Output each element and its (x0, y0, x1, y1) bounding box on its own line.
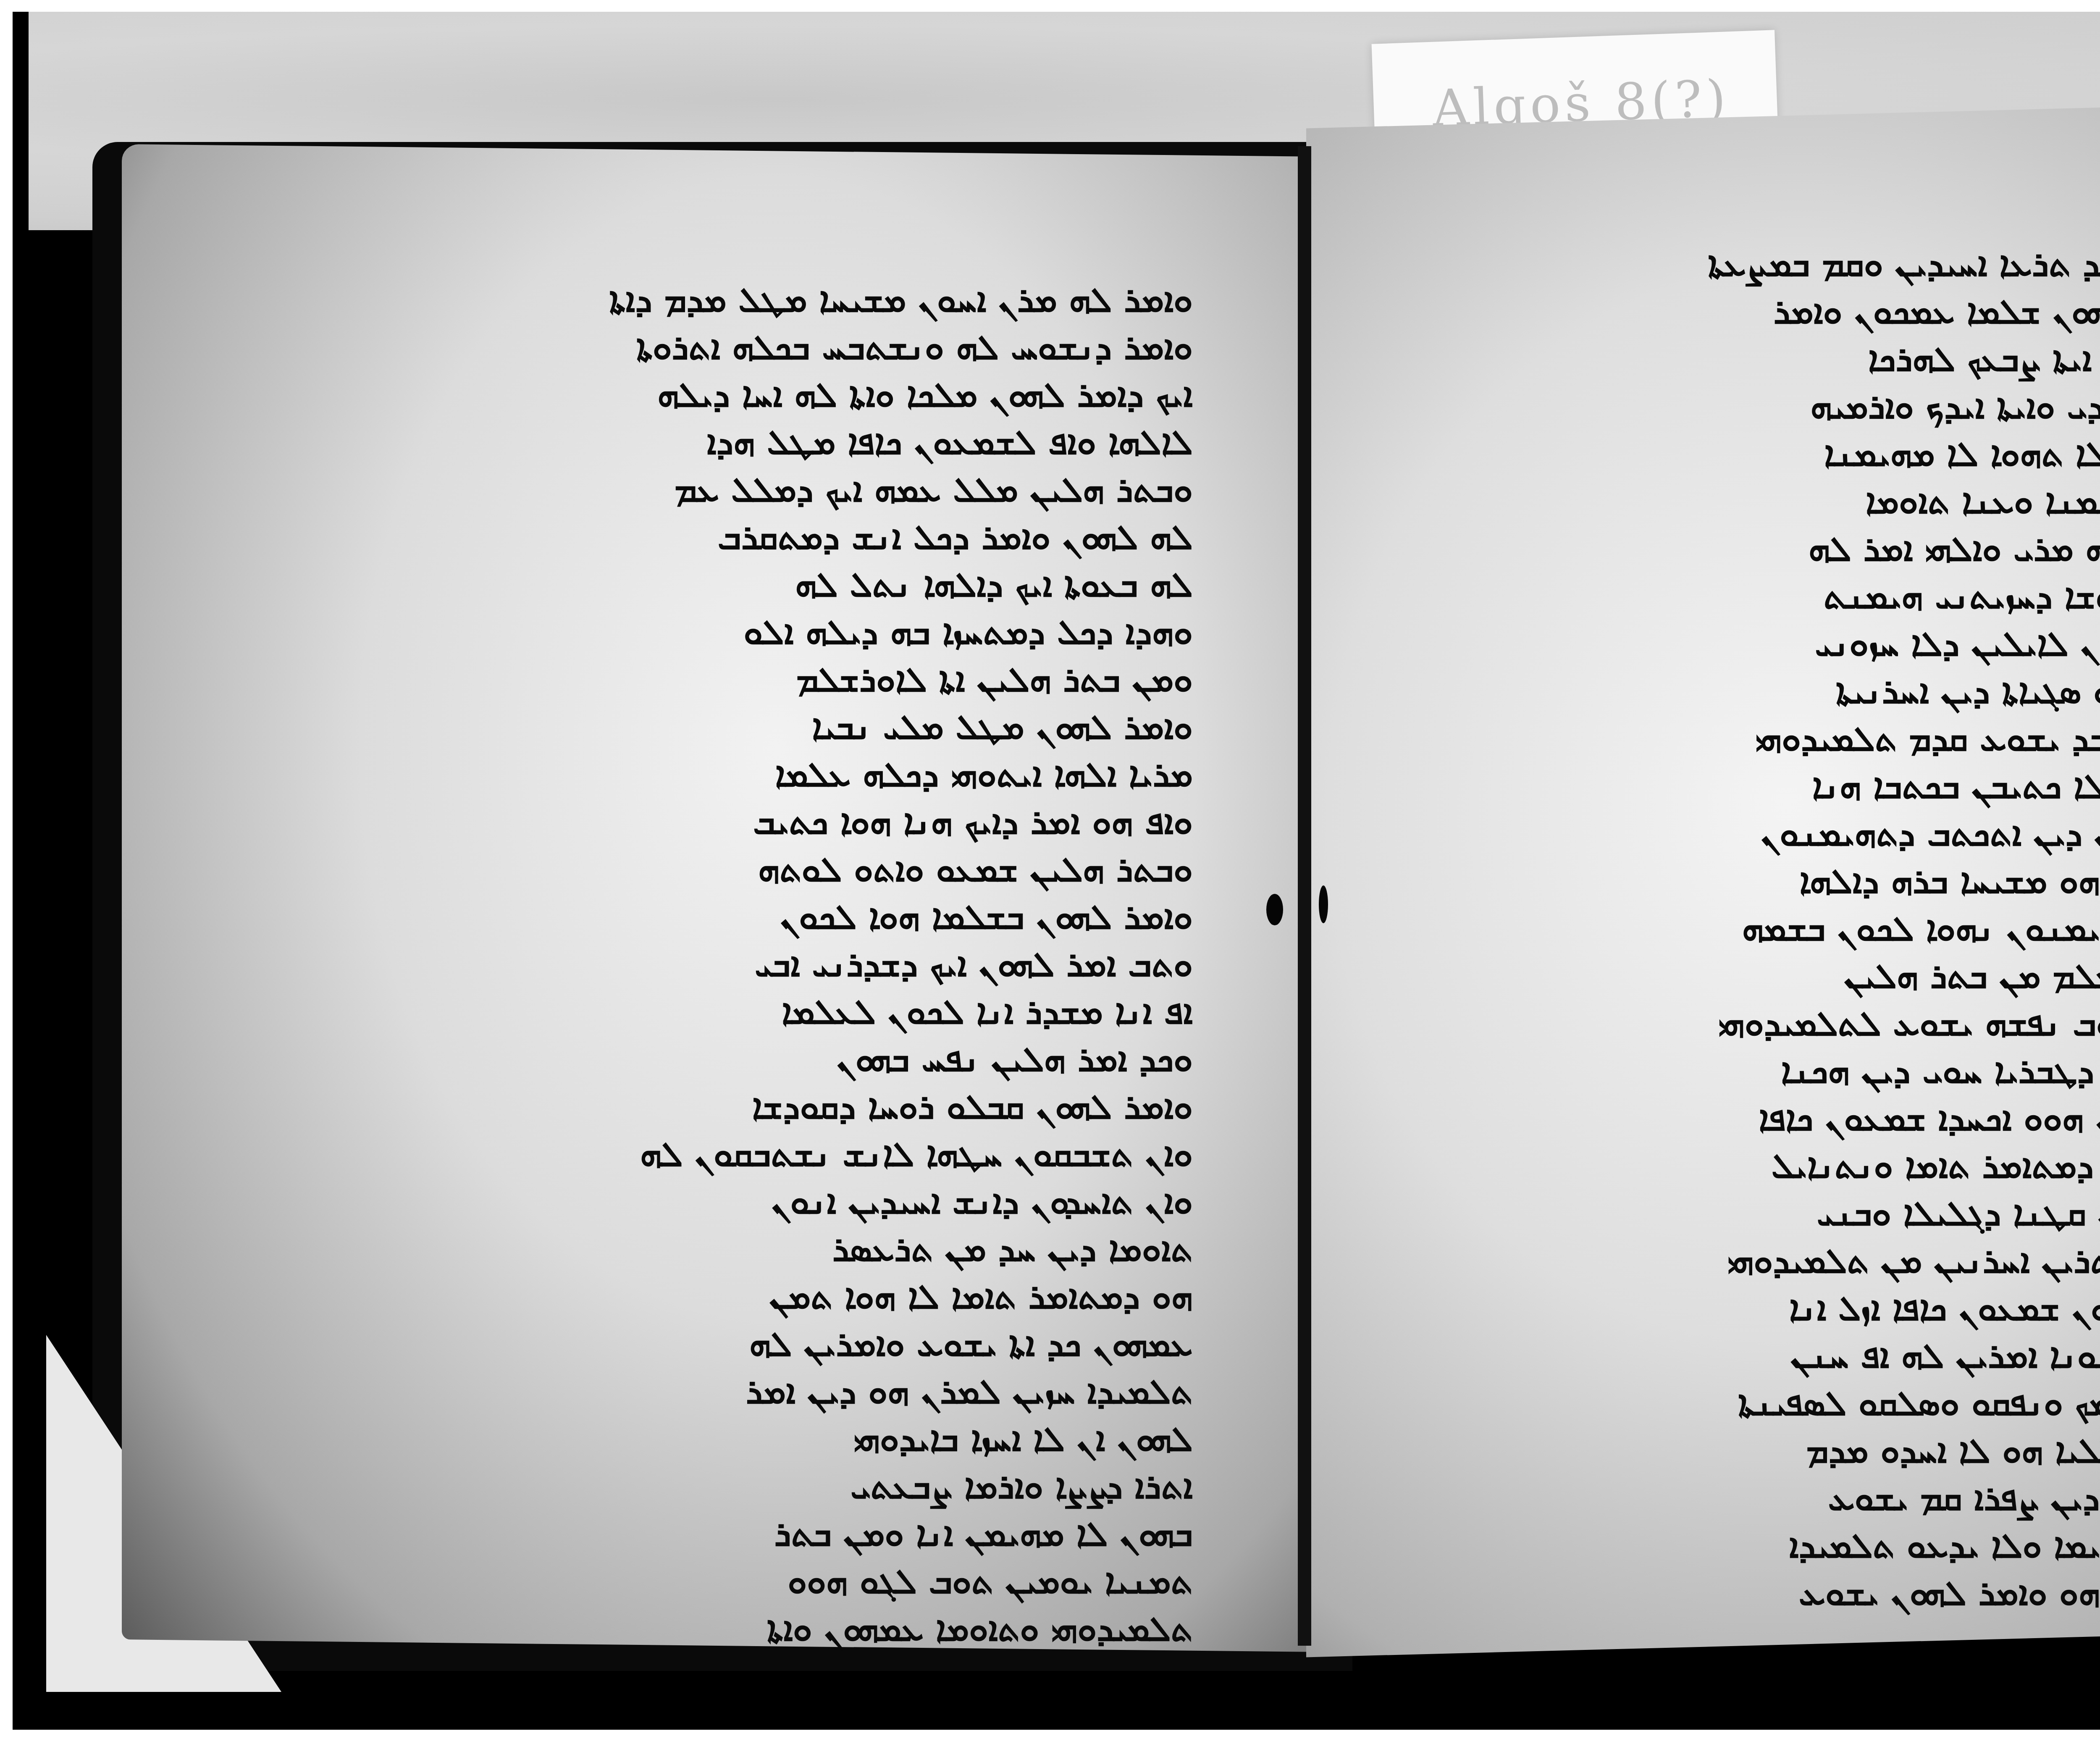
text-line: ܘܐܢ ܬܐܚܕܘܢ ܕܐܢܫ ܐܚܝܕܝܢ ܐܢܘܢ (424, 1178, 1193, 1226)
text-line: ܠܗ ܒܥܘܬܐ ܐܝܟ ܕܐܠܗܐ ܢܬܠ ܠܗ (424, 561, 1193, 609)
ink-blot (1319, 885, 1328, 923)
text-line: ܘܒܗ ܒܠܠܝܐ ܗܘ ܠܐ ܐܚܕܘ ܡܕܡ (1432, 1427, 2100, 1475)
text-line: ܘܗܕܐ ܕܟܠ ܕܡܬܚܙܐ ܒܗ ܕܝܠܗ ܐܠܘ (424, 609, 1193, 656)
text-line: ܝܫܘܥ ܗܫܐ ܕܚܙܝܬܢܝ ܗܝܡܢܬ (1432, 573, 2100, 620)
text-line: ܚܘܝ ܬܘܒ ܢܦܫܗ ܝܫܘܥ ܠܬܠܡܝܕܘܗܝ (1432, 1000, 2100, 1048)
text-line: ܘܬܒ ܐܡܪ ܠܗܘܢ ܐܝܟ ܕܫܕܪܢܝ ܐܒܝ (424, 941, 1193, 988)
text-line: ܘܡܢ ܒܬܪ ܗܠܝܢ ܐܬܐ ܠܐܘܪܫܠܡ (424, 656, 1193, 704)
text-line: ܙܒܕܝ ܘܬܪܝܢ ܐܚܪܢܝܢ ܡܢ ܬܠܡܝܕܘܗܝ (1432, 1237, 2100, 1285)
text-line: ܥܠ ܐܝܕ ܝܡܐ ܘܠܐ ܝܕܥܘ ܬܠܡܝܕܐ (1432, 1522, 2100, 1570)
text-line: ܗܘ ܕܡܢ ܩܛܢܐ ܕܓܠܝܠܐ ܘܒܢܝ (1432, 1190, 2100, 1237)
text-line: ܐܬܘܬܐ ܥܒܕ ܝܫܘܥ ܩܕܡ ܬܠܡܝܕܘܗܝ (1432, 715, 2100, 763)
text-line: ܘܐܡܪ ܠܗ ܡܪܢ ܐܚܘܢ ܡܫܝܚܐ ܡܛܠ ܡܕܡ ܕܐܬܐ (424, 276, 1193, 324)
text-line: ܠܗ ܠܗܘܢ ܘܐܡܪ ܕܟܠ ܐܢܫ ܕܡܬܩܪܒ (424, 514, 1193, 561)
text-line: ܠܬܐܘܡܐ ܐܝܬܐ ܨܒܥܟ ܠܗܪܟܐ (1432, 336, 2100, 383)
text-line: ܛܘܒܝܗܘܢ ܠܐܝܠܝܢ ܕܠܐ ܚܙܘܢܝ (1432, 620, 2100, 668)
text-line: ܘܐܡܪ ܠܗܘܢ ܡܛܠ ܡܠܝ ܢܒܝܐ (424, 704, 1193, 751)
text-line: ܠܡܨܕ ܢܘܢܐ ܐܡܪܝܢ ܠܗ ܐܦ ܚܢܢ (1432, 1332, 2100, 1380)
text-line: ܘܬܐܘܡܐ ܕܡܬܐܡܪ ܬܐܡܐ ܘܢܬܢܐܝܠ (1432, 1143, 2100, 1190)
text-line: ܗܘ ܕܡܬܐܡܪ ܬܐܡܐ ܠܐ ܗܘܐ ܬܡܢ (424, 1273, 1193, 1321)
text-line: ܘܚܙܝ ܐܝܕܝ ܘܐܝܬܐ ܐܝܕܟ ܘܐܪܡܝܗ (1432, 383, 2100, 431)
left-page-text: ܘܐܡܪ ܠܗ ܡܪܢ ܐܚܘܢ ܡܫܝܚܐ ܡܛܠ ܡܕܡ ܕܐܬܐ ܘܐܡܪ… (424, 276, 1193, 1653)
text-line: ܐܝܬܝܗܘܢ ܗܘܘ ܐܟܚܕܐ ܫܡܥܘܢ ܟܐܦܐ (1432, 1095, 2100, 1143)
text-line: ܬܠܡܝܕܐ ܚܙܝܢ ܠܡܪܢ ܗܘ ܕܝܢ ܐܡܪ (424, 1368, 1193, 1416)
text-line: ܕܝܫܘܥ ܗܘ ܡܫܝܚܐ ܒܪܗ ܕܐܠܗܐ (1432, 858, 2100, 905)
text-line: ܐܬܝܢ ܥܡܟ ܘܢܦܩܘ ܘܣܠܩܘ ܠܣܦܝܢܬܐ (1432, 1380, 2100, 1427)
text-line: ܟܕ ܗܘܐ ܕܝܢ ܨܦܪܐ ܩܡ ܝܫܘܥ (1432, 1475, 2100, 1522)
text-line: ܘܒܬܪ ܗܠܝܢ ܡܠܠ ܥܡܗ ܐܝܟ ܕܡܠܠ ܥܡ (424, 466, 1193, 514)
text-line: ܘܟܕ ܬܗܝܡܢܘܢ ܢܗܘܐ ܠܟܘܢ ܒܫܡܗ (1432, 905, 2100, 953)
right-page-text: ܝܫܘܥ ܟܕ ܬܪܥܐ ܐܚܝܕܝܢ ܘܩܡ ܒܡܨܥܬܐ ܘܐܡܪ ܠܗܘܢ… (1432, 241, 2100, 1617)
text-line: ܘܐܦ ܗܘ ܐܡܪ ܕܐܝܟ ܗܢܐ ܗܘܐ ܟܬܝܒ (424, 798, 1193, 846)
spine-gutter (1298, 146, 1311, 1646)
text-line: ܘܟܕ ܐܡܪ ܗܠܝܢ ܢܦܚ ܒܗܘܢ (424, 1036, 1193, 1083)
text-line: ܥܠ ܝܡܐ ܕܛܒܪܝܐ ܚܘܝ ܕܝܢ ܗܟܢܐ (1432, 1048, 2100, 1095)
text-line: ܠܗܘܢ ܐܢ ܠܐ ܐܚܙܐ ܒܐܝܕܘܗܝ (424, 1416, 1193, 1463)
text-line: ܚܝܐ ܕܠܥܠܡ ܡܢ ܒܬܪ ܗܠܝܢ (1432, 953, 2100, 1000)
text-line: ܐܝܠܝܢ ܕܠܐ ܟܬܝܒܢ ܒܟܬܒܐ ܗܢܐ (1432, 763, 2100, 810)
ink-blot (1266, 894, 1283, 925)
text-line: ܘܐܡܪ ܠܗܘܢ ܒܫܠܡܐ ܗܘܐ ܠܟܘܢ (424, 893, 1193, 941)
text-line: ܘܐܢ ܬܫܒܩܘܢ ܚܛܗܐ ܠܐܢܫ ܢܫܬܒܩܘܢ ܠܗ (424, 1131, 1193, 1178)
text-line: ܘܗܝܡܢܘ ܣܓܝܐܬܐ ܕܝܢ ܐܚܪܢܝܬܐ (1432, 668, 2100, 715)
text-line: ܐܦ ܐܢܐ ܡܫܕܪ ܐܢܐ ܠܟܘܢ ܠܥܠܡܐ (424, 988, 1193, 1036)
text-line: ܐܦ ܗܠܝܢ ܕܝܢ ܐܬܟܬܒ ܕܬܗܝܡܢܘܢ (1432, 810, 2100, 858)
text-line: ܕܝܫܘܥ ܗܘ ܘܐܡܪ ܠܗܘܢ ܝܫܘܥ (1432, 1570, 2100, 1617)
text-line: ܒܗܘܢ ܠܐ ܡܗܝܡܢ ܐܢܐ ܘܡܢ ܒܬܪ (424, 1510, 1193, 1558)
text-line: ܡܪܝܐ ܐܠܗܐ ܐܝܬܘܗܝ ܕܟܠܗ ܥܠܡܐ (424, 751, 1193, 798)
text-line: ܐܡܪ ܠܗܘܢ ܫܡܥܘܢ ܟܐܦܐ ܐܙܠ ܐܢܐ (1432, 1285, 2100, 1332)
text-line: ܘܐܡܪ ܕܢܫܘܚ ܠܗ ܘܢܫܬܒܚ ܒܟܠܗ ܐܬܪܘܬܐ (424, 324, 1193, 371)
text-line: ܒܓܒܝ ܘܠܐ ܬܗܘܐ ܠܐ ܡܗܝܡܢܐ (1432, 431, 2100, 478)
text-line: ܥܡܗܘܢ ܟܕ ܐܬܐ ܝܫܘܥ ܘܐܡܪܝܢ ܠܗ (424, 1321, 1193, 1368)
text-line: ܐܠܐ ܡܗܝܡܢܐ ܘܥܢܐ ܬܐܘܡܐ (1432, 478, 2100, 525)
text-line: ܝܫܘܥ ܟܕ ܬܪܥܐ ܐܚܝܕܝܢ ܘܩܡ ܒܡܨܥܬܐ (1432, 241, 2100, 288)
photo-frame: Alqoš 8(?) ܘܐܡܪ ܠܗ ܡܪܢ ܐܚܘܢ ܡܫܝܚܐ ܡܛܠ ܡܕ… (13, 12, 2100, 1730)
text-line: ܬܡܢܝܐ ܝܘܡܝܢ ܬܘܒ ܠܓܘ ܗܘܘ (424, 1558, 1193, 1605)
text-line: ܘܒܬܪ ܗܠܝܢ ܫܡܥܘ ܘܐܬܘ ܠܘܬܗ (424, 846, 1193, 893)
text-line: ܬܠܡܝܕܘܗܝ ܘܬܐܘܡܐ ܥܡܗܘܢ ܘܐܬܐ (424, 1605, 1193, 1653)
text-line: ܘܐܡܪ ܠܗ ܡܪܝ ܘܐܠܗܝ ܐܡܪ ܠܗ (1432, 525, 2100, 573)
text-line: ܐܬܪܐ ܕܨܨܐ ܘܐܪܡܐ ܨܒܥܬܝ (424, 1463, 1193, 1510)
text-line: ܠܐܠܗܐ ܘܐܦ ܠܫܡܥܘܢ ܟܐܦܐ ܡܛܠ ܗܕܐ (424, 419, 1193, 466)
text-line: ܬܐܘܡܐ ܕܝܢ ܚܕ ܡܢ ܬܪܥܣܪ (424, 1226, 1193, 1273)
text-line: ܘܐܡܪ ܠܗܘܢ ܩܒܠܘ ܪܘܚܐ ܕܩܘܕܫܐ (424, 1083, 1193, 1131)
text-line: ܐܝܟ ܕܐܡܪ ܠܗܘܢ ܡܠܟܐ ܘܐܬܐ ܠܗ ܐܚܐ ܕܝܠܗ (424, 371, 1193, 419)
text-line: ܘܐܡܪ ܠܗܘܢ ܫܠܡܐ ܥܡܟܘܢ ܘܐܡܪ (1432, 288, 2100, 336)
